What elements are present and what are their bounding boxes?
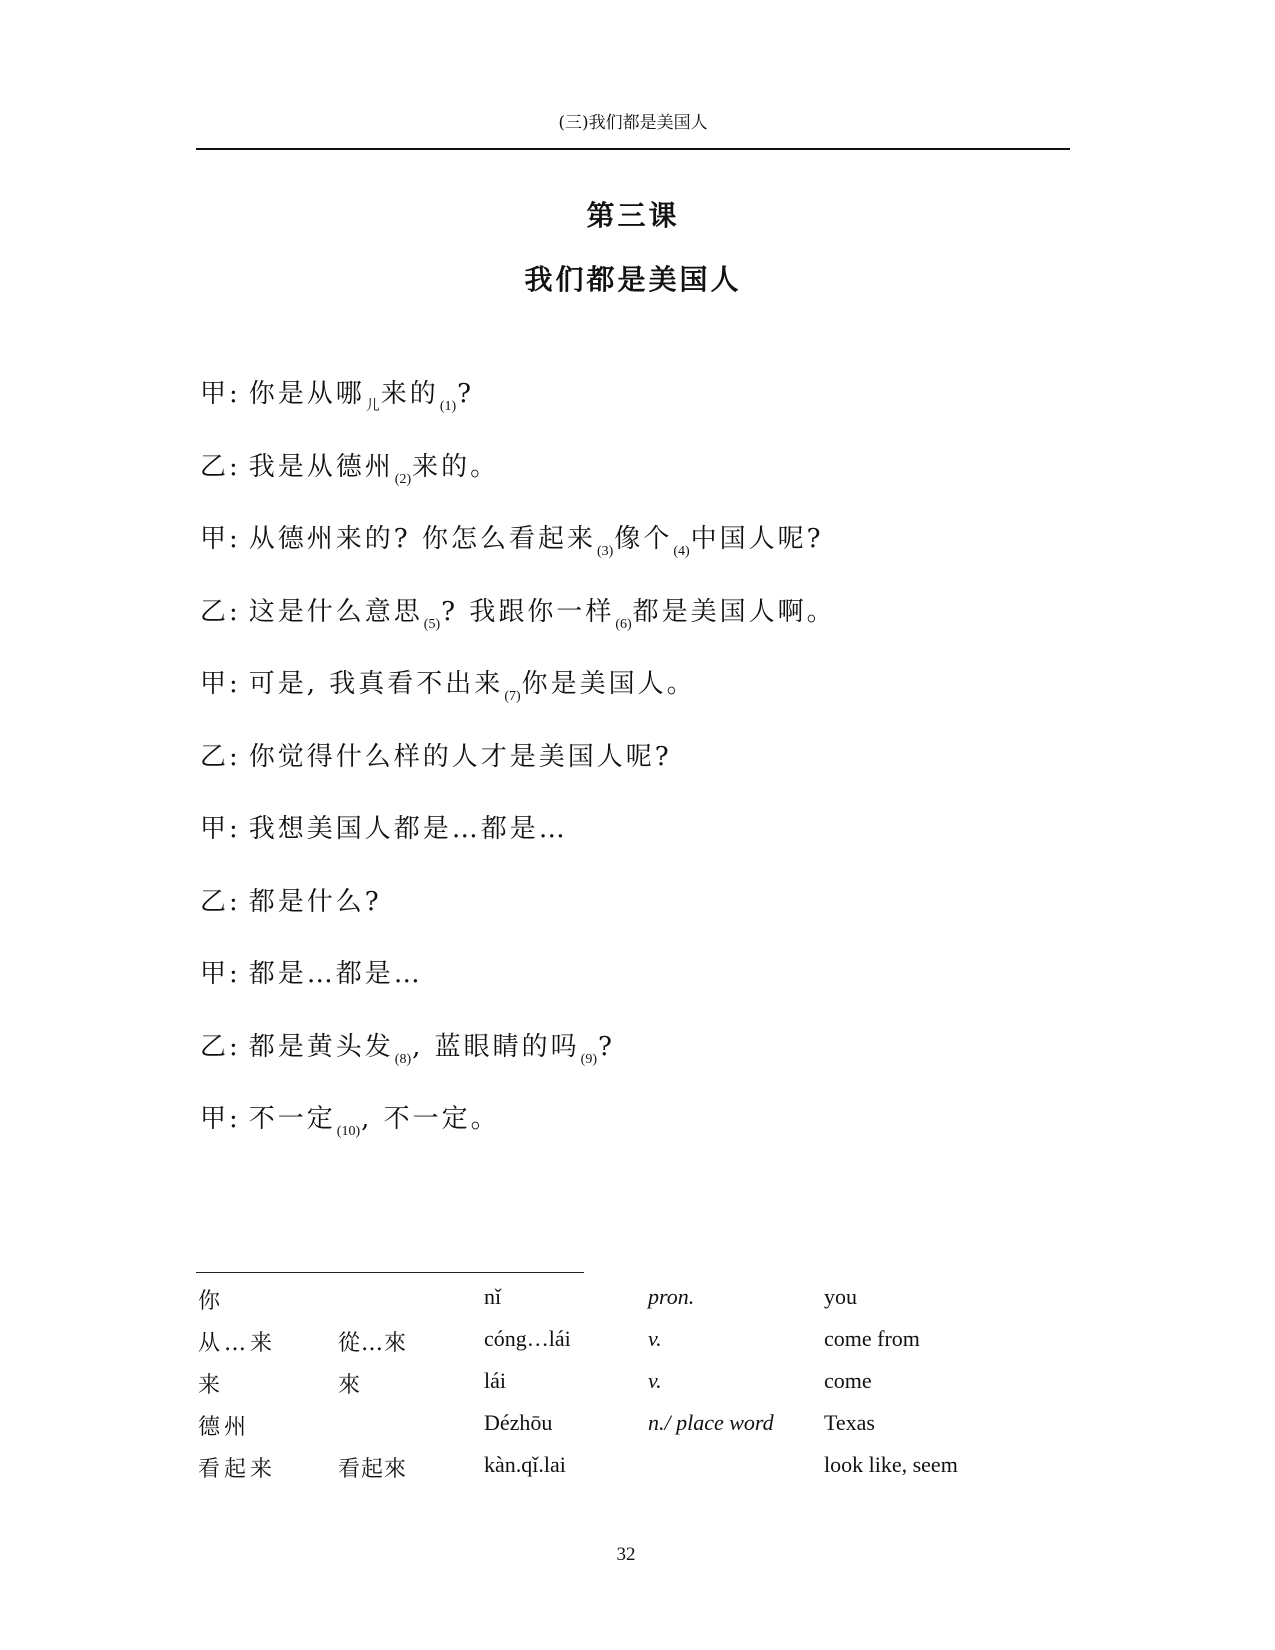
page-number: 32	[596, 1544, 656, 1566]
dialogue-text: 你觉得什么样的人才是美国人呢?	[249, 742, 672, 772]
vocab-pinyin: kàn.qǐ.lai	[484, 1452, 566, 1478]
vocab-pinyin: cóng…lái	[484, 1326, 571, 1352]
dialogue-text: 都是…都是…	[249, 959, 423, 989]
speaker-colon: :	[229, 814, 241, 844]
dialogue-text: 这是什么意思	[249, 597, 423, 627]
speaker-label: 甲	[200, 959, 229, 989]
dialogue-line: 乙:这是什么意思(5)? 我跟你一样(6)都是美国人啊。	[200, 595, 1060, 668]
dialogue-line: 乙:都是黄头发(8), 蓝眼睛的吗(9)?	[200, 1030, 1060, 1103]
vocab-english: look like, seem	[824, 1452, 958, 1478]
dialogue-line: 乙:你觉得什么样的人才是美国人呢?	[200, 740, 1060, 813]
speaker-colon: :	[229, 597, 241, 627]
lesson-number: 第三课	[196, 194, 1070, 234]
dialogue-line: 甲:从德州来的? 你怎么看起来(3)像个(4)中国人呢?	[200, 522, 1060, 595]
dialogue-text: 都是什么?	[249, 887, 382, 917]
dialogue-line: 甲:可是, 我真看不出来(7)你是美国人。	[200, 667, 1060, 740]
note-marker: (3)	[597, 544, 613, 559]
speaker-label: 甲	[200, 814, 229, 844]
vocab-row: 来來láiv.come	[198, 1368, 1078, 1410]
note-marker: (8)	[395, 1052, 411, 1067]
vocab-pinyin: Dézhōu	[484, 1410, 552, 1436]
speaker-label: 甲	[200, 669, 229, 699]
vocab-row: 德州Dézhōun./ place wordTexas	[198, 1410, 1078, 1452]
dialogue-text: 来的	[381, 379, 439, 409]
dialogue-line: 甲:我想美国人都是…都是…	[200, 812, 1060, 885]
running-header: (三)我们都是美国人	[196, 108, 1070, 133]
vocab-part-of-speech: n./ place word	[648, 1410, 774, 1436]
dialogue-text: 可是, 我真看不出来	[249, 669, 504, 699]
vocab-simplified: 你	[198, 1284, 224, 1315]
vocab-simplified: 来	[198, 1368, 224, 1399]
dialogue-text: ?	[457, 379, 474, 409]
vocab-part-of-speech: v.	[648, 1326, 662, 1352]
dialogue-text: , 不一定。	[361, 1104, 500, 1134]
dialogue-text: 你是从哪	[249, 379, 365, 409]
dialogue-line: 乙:我是从德州(2)来的。	[200, 450, 1060, 523]
speaker-label: 乙	[200, 742, 229, 772]
speaker-colon: :	[229, 1032, 241, 1062]
vocab-traditional: 從…來	[338, 1326, 407, 1357]
note-marker: (6)	[615, 617, 631, 632]
speaker-colon: :	[229, 1104, 241, 1134]
vocab-simplified: 看起来	[198, 1452, 276, 1483]
dialogue-text: , 蓝眼睛的吗	[412, 1032, 580, 1062]
speaker-label: 乙	[200, 597, 229, 627]
speaker-label: 乙	[200, 452, 229, 482]
dialogue-text: 从德州来的? 你怎么看起来	[249, 524, 596, 554]
vocab-pinyin: lái	[484, 1368, 506, 1394]
speaker-label: 乙	[200, 1032, 229, 1062]
vocab-row: 你nǐpron.you	[198, 1284, 1078, 1326]
speaker-label: 甲	[200, 524, 229, 554]
note-marker: 儿	[366, 399, 380, 414]
vocab-simplified: 德州	[198, 1410, 250, 1441]
vocab-pinyin: nǐ	[484, 1284, 501, 1310]
note-marker: (4)	[673, 544, 689, 559]
speaker-colon: :	[229, 379, 241, 409]
dialogue-text: 都是黄头发	[249, 1032, 394, 1062]
speaker-label: 乙	[200, 887, 229, 917]
speaker-colon: :	[229, 959, 241, 989]
dialogue-line: 甲:你是从哪儿来的(1)?	[200, 377, 1060, 450]
dialogue-line: 乙:都是什么?	[200, 885, 1060, 958]
vocab-part-of-speech: v.	[648, 1368, 662, 1394]
vocabulary-list: 你nǐpron.you从…来從…來cóng…láiv.come from来來lá…	[198, 1284, 1078, 1494]
speaker-colon: :	[229, 669, 241, 699]
vocab-row: 看起来看起來kàn.qǐ.lailook like, seem	[198, 1452, 1078, 1494]
dialogue-text: 你是美国人。	[522, 669, 696, 699]
note-marker: (5)	[424, 617, 440, 632]
dialogue-text: 我想美国人都是…都是…	[249, 814, 568, 844]
note-marker: (7)	[504, 689, 520, 704]
speaker-label: 甲	[200, 1104, 229, 1134]
speaker-label: 甲	[200, 379, 229, 409]
vocab-traditional: 來	[338, 1368, 361, 1399]
dialogue-text: ? 我跟你一样	[441, 597, 614, 627]
vocab-english: Texas	[824, 1410, 875, 1436]
dialogue-text: 我是从德州	[249, 452, 394, 482]
footnote-rule	[196, 1272, 584, 1273]
vocab-row: 从…来從…來cóng…láiv.come from	[198, 1326, 1078, 1368]
note-marker: (2)	[395, 472, 411, 487]
dialogue-text: 中国人呢?	[691, 524, 824, 554]
vocab-traditional: 看起來	[338, 1452, 407, 1483]
dialogue-text: ?	[598, 1032, 615, 1062]
note-marker: (10)	[337, 1124, 360, 1139]
vocab-english: come from	[824, 1326, 920, 1352]
dialogue: 甲:你是从哪儿来的(1)?乙:我是从德州(2)来的。甲:从德州来的? 你怎么看起…	[200, 377, 1060, 1175]
dialogue-text: 来的。	[412, 452, 499, 482]
vocab-simplified: 从…来	[198, 1326, 276, 1357]
header-rule	[196, 148, 1070, 150]
speaker-colon: :	[229, 452, 241, 482]
dialogue-text: 都是美国人啊。	[633, 597, 836, 627]
lesson-title: 我们都是美国人	[196, 258, 1070, 298]
vocab-part-of-speech: pron.	[648, 1284, 694, 1310]
dialogue-text: 不一定	[249, 1104, 336, 1134]
dialogue-text: 像个	[614, 524, 672, 554]
note-marker: (1)	[440, 399, 456, 414]
speaker-colon: :	[229, 742, 241, 772]
dialogue-line: 甲:都是…都是…	[200, 957, 1060, 1030]
vocab-english: come	[824, 1368, 872, 1394]
speaker-colon: :	[229, 524, 241, 554]
vocab-english: you	[824, 1284, 857, 1310]
note-marker: (9)	[581, 1052, 597, 1067]
speaker-colon: :	[229, 887, 241, 917]
dialogue-line: 甲:不一定(10), 不一定。	[200, 1102, 1060, 1175]
